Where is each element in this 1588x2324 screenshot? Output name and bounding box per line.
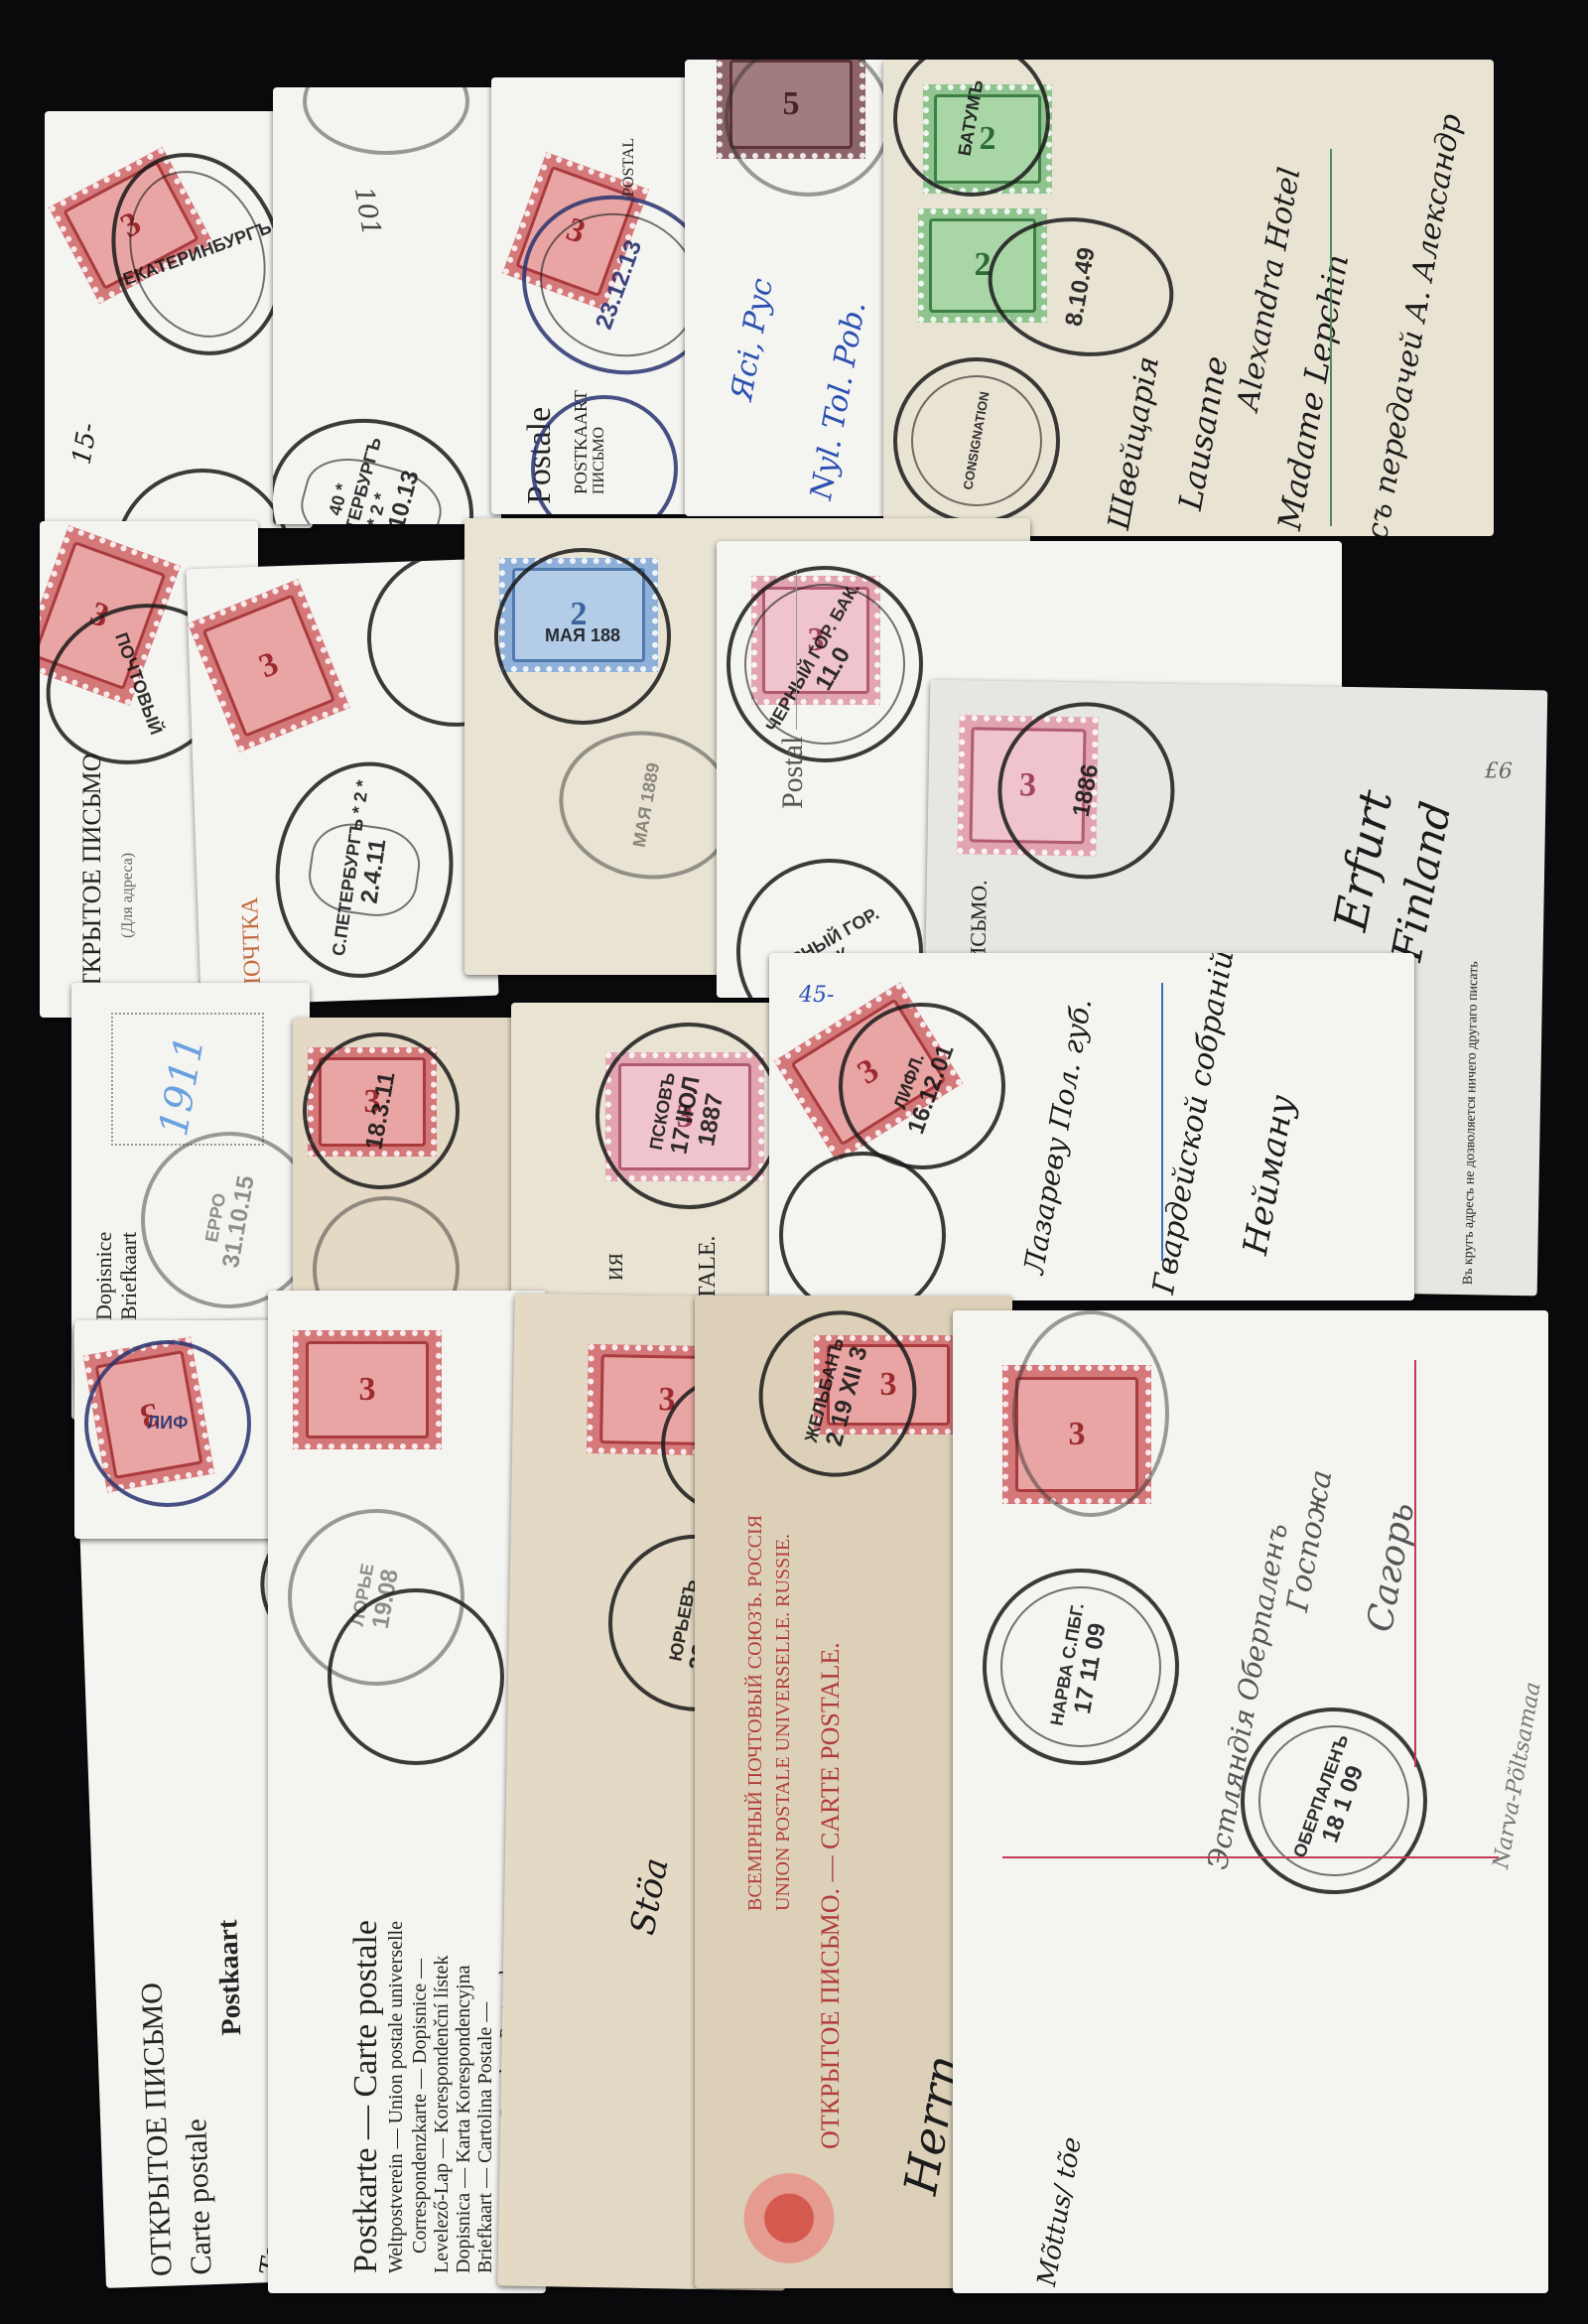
- printed-levelezo-lap: Levelező-Lap — Korespondenční lístek: [431, 1956, 454, 2273]
- postmark: [725, 60, 891, 197]
- handwritten-address: съ передачей А. Александр: [1360, 111, 1469, 536]
- postmark: ЛИФ: [84, 1340, 251, 1507]
- imperial-eagle-emblem: [734, 2169, 844, 2278]
- printed-weltpostverein: Weltpostverein — Union postale universel…: [385, 1921, 408, 2273]
- postcard-14: 45- 3 ЛИФЛ.16.12.01 Лазареву Пол. губ. Г…: [769, 953, 1414, 1300]
- handwritten-note: 45-: [799, 983, 834, 1008]
- handwritten-address: Stöa: [623, 1854, 677, 1938]
- printed-instruction: Въ кругъ адресъ не дозволяется ничего др…: [1461, 961, 1483, 1285]
- stamp-3-kop: 3: [188, 579, 350, 752]
- address-line: [1330, 149, 1332, 526]
- handwritten-address: Лазареву Пол. губ.: [1017, 996, 1098, 1277]
- printed-dlya-adresa: (Для адреса): [119, 853, 137, 938]
- handwritten-address: Ясі, Рус: [725, 276, 780, 403]
- postcard-7: 3 С.ПЕТЕРБУРГЪ * 2 *2.4.11 ПОЧТКА: [186, 559, 498, 1006]
- handwritten-address: Нейману: [1236, 1092, 1303, 1258]
- printed-carte-postale: Carte postale: [180, 2119, 218, 2276]
- postmark: ИФЛЯНД. Г. 09: [114, 469, 291, 528]
- divider-line: [1002, 1856, 1499, 1858]
- postmark: [779, 1152, 946, 1300]
- postcard-15: 3 ЛИФ: [74, 1320, 293, 1539]
- printed-briefkaart: Briefkaart — Cartolina Postale —: [474, 2002, 497, 2273]
- printed-otkrytoe-pismo-carte-postale: ОТКРЫТОЕ ПИСЬМО. — CARTE POSTALE.: [816, 1642, 846, 2149]
- printed-otkrytoe-pismo: ОТКРЫТОЕ ПИСЬМО: [77, 752, 107, 1008]
- postmark: [303, 87, 469, 155]
- postcard-19: 3 НАРВА С.ПБГ.17 11 09 ОБЕРПАЛЕНЪ18 1 09…: [953, 1310, 1548, 2293]
- printed-text: ПОЧТКА: [237, 896, 267, 995]
- printed-correspondenzkarte: Correspondenzkarte — Dopisnice —: [409, 1959, 432, 2254]
- handwritten-note: 15-: [67, 421, 104, 467]
- handwritten-note: £6: [1485, 758, 1513, 783]
- handwritten-note: 101: [348, 185, 386, 238]
- printed-otkrytoe-pismo: ОТКРЫТОЕ ПИСЬМО: [135, 1982, 179, 2277]
- address-line: [1161, 983, 1163, 1261]
- handwritten-address: Lausanne: [1171, 353, 1236, 513]
- handwritten-message: Mõttus/ tõe: [1032, 2135, 1088, 2289]
- address-line: [796, 571, 797, 730]
- handwritten-address: Швейцарія: [1102, 353, 1166, 532]
- postmark: МАЯ 188: [494, 548, 671, 725]
- printed-dopisnice: Dopisnice: [91, 1232, 117, 1320]
- handwritten-address: Nyl. Tol. Pob.: [804, 299, 873, 502]
- printed-tale: TALE.: [695, 1236, 722, 1300]
- stamp-3-kop: 3: [293, 1330, 442, 1449]
- postmark: [1012, 1310, 1169, 1517]
- postmark-narva: НАРВА С.ПБГ.17 11 09: [967, 1553, 1194, 1780]
- printed-vsemirny-pochtovy-soyuz: ВСЕМІРНЫЙ ПОЧТОВЫЙ СОЮЗЪ. РОССІЯ: [744, 1515, 767, 1911]
- address-line: [1414, 1360, 1416, 1767]
- handwritten-address: Сагорь: [1360, 1499, 1422, 1635]
- postmark-zhelban: ЖЕЛЬБАНЪ2 19 XII 3: [740, 1296, 935, 1495]
- postmark: [328, 1588, 504, 1765]
- printed-briefkaart: Briefkaart: [116, 1232, 142, 1320]
- postmark-consignation: CONSIGNATION: [883, 344, 1073, 536]
- printed-postal: Postal: [776, 737, 810, 809]
- postmark-pskov: ПСКОВЪ17 ІЮЛ1887: [581, 1008, 797, 1224]
- printed-postal: POSTAL: [620, 138, 638, 197]
- printed-union-postale: UNION POSTALE UNIVERSELLE. RUSSIE.: [772, 1534, 795, 1911]
- printed-postkarte-carte-postale: Postkarte — Carte postale: [347, 1920, 385, 2273]
- postmark-st-petersburg: 40 * С.ПЕТЕРБУРГЪ * 2 *29.10.13: [273, 396, 493, 524]
- postcard-5: 2 2 БАТУМЪ 8.10.49 CONSIGNATION Швейцарі…: [883, 60, 1494, 536]
- printed-postkaart: Postkaart: [212, 1919, 248, 2036]
- printed-dopisnica: Dopisnica — Karta Korespondencyjna: [453, 1966, 475, 2273]
- handwritten-note: Narva-Põltsamaa: [1489, 1680, 1546, 1870]
- printed-text: ИЯ: [605, 1253, 628, 1281]
- postmark-st-petersburg: С.ПЕТЕРБУРГЪ * 2 *2.4.11: [262, 751, 467, 990]
- postcard-2: 101 40 * С.ПЕТЕРБУРГЪ * 2 *29.10.13: [273, 87, 501, 524]
